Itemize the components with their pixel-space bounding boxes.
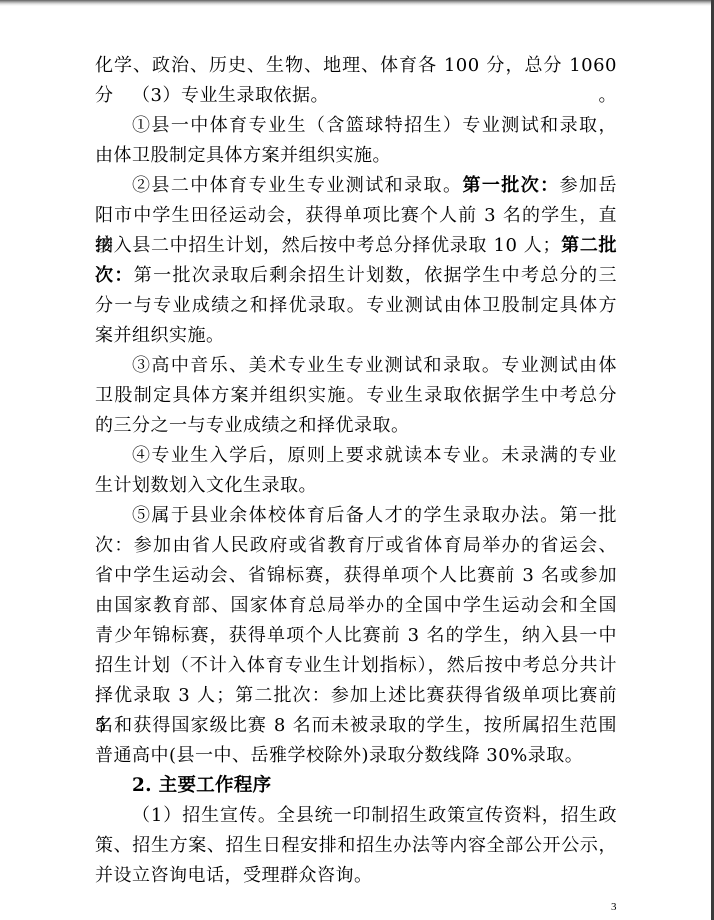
text-segment: 名和获得国家级比赛 8 名而未被录取的学生，按所属招生范围	[95, 715, 617, 736]
text-segment: ④专业生入学后，原则上要求就读本专业。未录满的专业	[132, 445, 617, 466]
text-line: 青少年锦标赛，获得单项个人比赛前 3 名的学生，纳入县一中	[95, 621, 617, 651]
text-segment: 第一批次录取后剩余招生计划数，依据学生中考总分的三	[134, 265, 617, 286]
text-line: 分一与专业成绩之和择优录取。专业测试由体卫股制定具体方	[95, 291, 617, 321]
bold-text-segment: 次：	[95, 265, 134, 286]
text-line: 招生计划（不计入体育专业生计划指标），然后按中考总分共计	[95, 651, 617, 681]
text-line: 择优录取 3 人；第二批次：参加上述比赛获得省级单项比赛前 5	[95, 681, 617, 711]
text-segment: ⑤属于县业余体校体育后备人才的学生录取办法。第一批	[132, 505, 617, 526]
text-line: 生计划数划入文化生录取。	[95, 471, 617, 501]
text-line: 名和获得国家级比赛 8 名而未被录取的学生，按所属招生范围	[95, 711, 617, 741]
document-page: 化学、政治、历史、生物、地理、体育各 100 分，总分 1060 分。 （3）专…	[0, 6, 711, 920]
bold-text-segment: 第二批	[561, 235, 617, 256]
text-segment: 省中学生运动会、省锦标赛，获得单项个人比赛前 3 名或参加	[95, 565, 617, 586]
section-heading: 2. 主要工作程序	[95, 771, 617, 801]
text-line: 纳入县二中招生计划，然后按中考总分择优录取 10 人；第二批	[95, 231, 617, 261]
text-segment: 生计划数划入文化生录取。	[95, 475, 317, 496]
text-segment: 青少年锦标赛，获得单项个人比赛前 3 名的学生，纳入县一中	[95, 625, 617, 646]
text-segment: （1）招生宣传。全县统一印制招生政策宣传资料，招生政	[132, 805, 617, 826]
text-line: 并设立咨询电话，受理群众咨询。	[95, 861, 617, 891]
page-number: 3	[611, 901, 617, 913]
text-line: ④专业生入学后，原则上要求就读本专业。未录满的专业	[95, 441, 617, 471]
text-segment: 的三分之一与专业成绩之和择优录取。	[95, 415, 410, 436]
text-line: 的三分之一与专业成绩之和择优录取。	[95, 411, 617, 441]
text-segment: ②县二中体育专业生专业测试和录取。	[132, 175, 462, 196]
text-segment: 次：参加由省人民政府或省教育厅或省体育局举办的省运会、	[95, 535, 617, 556]
text-segment: 普通高中(县一中、岳雅学校除外)录取分数线降 30%录取。	[95, 745, 583, 766]
text-segment: ①县一中体育专业生（含篮球特招生）专业测试和录取，	[132, 115, 617, 136]
text-line: 策、招生方案、招生日程安排和招生办法等内容全部公开公示，	[95, 831, 617, 861]
text-line: 省中学生运动会、省锦标赛，获得单项个人比赛前 3 名或参加	[95, 561, 617, 591]
text-line: ⑤属于县业余体校体育后备人才的学生录取办法。第一批	[95, 501, 617, 531]
page-body-text: 化学、政治、历史、生物、地理、体育各 100 分，总分 1060 分。 （3）专…	[95, 51, 617, 891]
text-segment: （3）专业生录取依据。	[132, 85, 329, 106]
text-segment: ③高中音乐、美术专业生专业测试和录取。专业测试由体	[132, 355, 617, 376]
text-segment: 招生计划（不计入体育专业生计划指标），然后按中考总分共计	[95, 655, 617, 676]
section-heading-text: 2. 主要工作程序	[132, 775, 271, 796]
text-segment: 由国家教育部、国家体育总局举办的全国中学生运动会和全国	[95, 595, 617, 616]
text-segment: 并设立咨询电话，受理群众咨询。	[95, 865, 373, 886]
text-line: 化学、政治、历史、生物、地理、体育各 100 分，总分 1060 分。	[95, 51, 617, 81]
text-line: 由国家教育部、国家体育总局举办的全国中学生运动会和全国	[95, 591, 617, 621]
text-line: （1）招生宣传。全县统一印制招生政策宣传资料，招生政	[95, 801, 617, 831]
text-segment: 纳入县二中招生计划，然后按中考总分择优录取 10 人；	[95, 235, 561, 256]
text-line: 阳市中学生田径运动会，获得单项比赛个人前 3 名的学生，直接	[95, 201, 617, 231]
text-segment: 案并组织实施。	[95, 325, 225, 346]
text-line: 普通高中(县一中、岳雅学校除外)录取分数线降 30%录取。	[95, 741, 617, 771]
text-segment: 由体卫股制定具体方案并组织实施。	[95, 145, 391, 166]
text-line: ③高中音乐、美术专业生专业测试和录取。专业测试由体	[95, 351, 617, 381]
text-segment: 分一与专业成绩之和择优录取。专业测试由体卫股制定具体方	[95, 295, 617, 316]
text-line: 案并组织实施。	[95, 321, 617, 351]
text-line: 卫股制定具体方案并组织实施。专业生录取依据学生中考总分	[95, 381, 617, 411]
text-line: ②县二中体育专业生专业测试和录取。第一批次：参加岳	[95, 171, 617, 201]
text-line: 由体卫股制定具体方案并组织实施。	[95, 141, 617, 171]
text-segment: 卫股制定具体方案并组织实施。专业生录取依据学生中考总分	[95, 385, 617, 406]
text-line: 次：参加由省人民政府或省教育厅或省体育局举办的省运会、	[95, 531, 617, 561]
text-line: ①县一中体育专业生（含篮球特招生）专业测试和录取，	[95, 111, 617, 141]
bold-text-segment: 第一批次：	[462, 175, 559, 196]
text-segment: 策、招生方案、招生日程安排和招生办法等内容全部公开公示，	[95, 835, 617, 856]
text-line: 次：第一批次录取后剩余招生计划数，依据学生中考总分的三	[95, 261, 617, 291]
text-segment: 参加岳	[560, 175, 617, 196]
